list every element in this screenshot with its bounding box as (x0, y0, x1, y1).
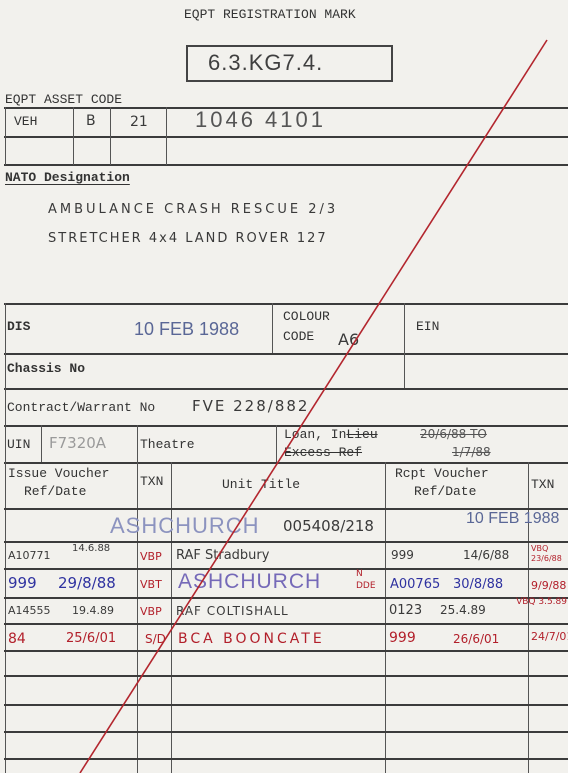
row3-rcpt-ref: 0123 (389, 603, 422, 618)
colour-code-label-1: COLOUR (283, 309, 330, 324)
dis-date: 10 FEB 1988 (134, 319, 239, 340)
row3-txn2: VBQ 3.5.89 (507, 597, 567, 608)
row4-rcpt-ref: 999 (389, 630, 416, 646)
asset-code-number: 1046 4101 (195, 107, 326, 133)
ein-label: EIN (416, 319, 439, 334)
row4-unit: BCA BOONCATE (178, 631, 325, 647)
header-unit-title: Unit Title (222, 477, 300, 492)
row2-txn2: 9/9/88 (531, 579, 566, 592)
uin-label: UIN (7, 437, 30, 452)
loan-value-from: 20/6/88 TO (420, 427, 487, 441)
header-txn: TXN (140, 474, 163, 489)
row3-issue-ref: A14555 (8, 604, 51, 617)
row3-issue-date: 19.4.89 (72, 604, 114, 617)
blank-row-rule (4, 758, 568, 760)
asset-code-21: 21 (130, 114, 148, 130)
row3-rcpt-date: 25.4.89 (440, 603, 486, 617)
row2-txn: VBT (140, 578, 162, 591)
colour-code-label-2: CODE (283, 329, 314, 344)
row4-issue-date: 25/6/01 (66, 631, 116, 646)
row1-issue-date: 14.6.88 (72, 543, 110, 554)
stamp-ref: 005408/218 (283, 517, 374, 535)
asset-code-veh: VEH (14, 114, 37, 129)
row4-txn2: 24/7/01 (531, 628, 567, 646)
row4-issue-ref: 84 (8, 631, 26, 647)
equipment-record-card: EQPT REGISTRATION MARK 6.3.KG7.4. EQPT A… (0, 0, 568, 773)
row1-rcpt-date: 14/6/88 (463, 548, 509, 562)
blank-row-rule (4, 675, 568, 677)
dis-label: DIS (7, 319, 30, 334)
registration-mark-title: EQPT REGISTRATION MARK (184, 7, 356, 22)
row4-rcpt-date: 26/6/01 (453, 632, 499, 646)
loan-value-to: 1/7/88 (452, 445, 491, 459)
row2-issue-date: 29/8/88 (58, 574, 116, 592)
contract-value: FVE 228/882 (192, 397, 309, 415)
excess-ref-label: Excess Ref (284, 445, 362, 460)
row1-txn2: VBQ 23/6/88 (531, 544, 567, 564)
uin-value: F7320A (49, 434, 106, 452)
asset-code-b: B (86, 113, 96, 129)
registration-mark-box: 6.3.KG7.4. (186, 45, 393, 82)
asset-code-label: EQPT ASSET CODE (5, 92, 122, 107)
row1-issue-ref: A10771 (8, 549, 51, 562)
header-issue-voucher-1: Issue Voucher (8, 466, 109, 481)
row1-unit: RAF Stradbury (176, 548, 269, 563)
row1-rcpt-ref: 999 (391, 548, 414, 562)
blank-row-rule (4, 704, 568, 706)
loan-label: Loan, InLieu (284, 427, 378, 442)
row2-unit-note: N DDE (356, 568, 384, 592)
row3-txn: VBP (140, 605, 162, 618)
nato-designation-label: NATO Designation (5, 170, 130, 185)
header-issue-voucher-2: Ref/Date (24, 484, 86, 499)
row2-rcpt-date: 30/8/88 (453, 577, 503, 592)
row1-txn: VBP (140, 550, 162, 563)
row3-unit: RAF COLTISHALL (176, 604, 289, 618)
chassis-label: Chassis No (7, 361, 85, 376)
header-rcpt-voucher-1: Rcpt Voucher (395, 466, 489, 481)
blank-row-rule (4, 731, 568, 733)
colour-code-value: A6 (338, 330, 359, 349)
ashchurch-stamp: ASHCHURCH (110, 513, 260, 539)
row4-txn: S/D (145, 632, 166, 646)
header-rcpt-voucher-2: Ref/Date (414, 484, 476, 499)
contract-label: Contract/Warrant No (7, 400, 155, 415)
nato-designation-line1: AMBULANCE CRASH RESCUE 2/3 (48, 202, 338, 217)
row2-rcpt-ref: A00765 (390, 577, 440, 592)
row2-unit: ASHCHURCH (178, 570, 321, 594)
stamp-date: 10 FEB 1988 (466, 510, 559, 528)
registration-mark-value: 6.3.KG7.4. (208, 50, 323, 76)
nato-designation-line2: STRETCHER 4x4 LAND ROVER 127 (48, 231, 328, 246)
row2-issue-ref: 999 (8, 574, 37, 592)
header-txn-2: TXN (531, 477, 554, 492)
theatre-label: Theatre (140, 437, 195, 452)
